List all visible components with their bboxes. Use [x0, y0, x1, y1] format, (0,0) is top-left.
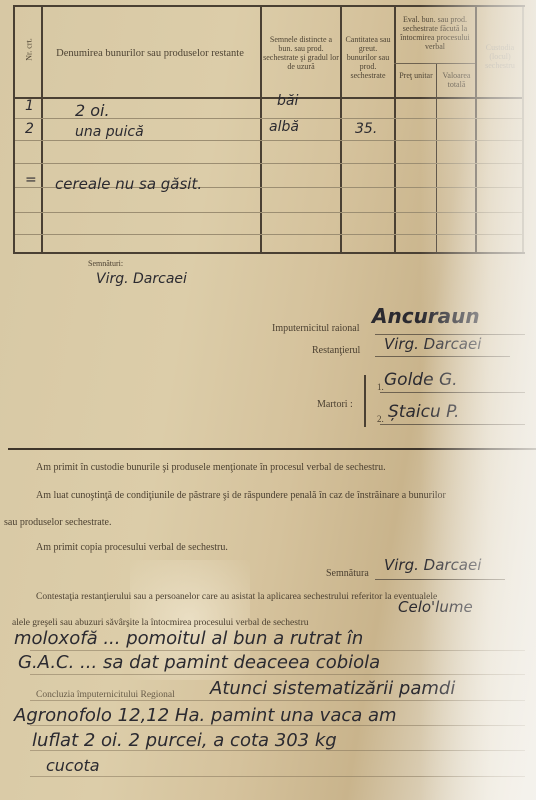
signatures-label: Semnături: [88, 259, 123, 268]
restantier-signature: Virg. Darcaei [96, 271, 187, 287]
imputernicit-signature: Ancuraun [372, 304, 480, 328]
contestatie-handwriting-1: moloxofă ... pomoitul al bun a rutrat în [14, 628, 363, 649]
row1-denumire: 2 oi. [75, 101, 110, 120]
subheader-divider [394, 63, 475, 64]
imputernicit-label: Imputernicitul raional [272, 323, 359, 334]
header-pret-unitar: Preţ unitar [396, 71, 436, 80]
signature-line [380, 392, 525, 393]
ruled-line [30, 650, 525, 651]
row1-semne: băi [277, 93, 298, 109]
contestatie-line-2: alele greşeli sau abuzuri săvârşite la î… [12, 618, 309, 628]
martori-bracket [364, 375, 366, 427]
semnatura-label: Semnătura [326, 568, 369, 579]
row-rule [15, 163, 522, 164]
col-divider [436, 63, 437, 252]
row-rule [15, 212, 522, 213]
custody-line-3: Am primit copia procesului verbal de sec… [36, 542, 228, 553]
regional-handwriting-1: Atunci sistematizării pamdi [210, 678, 455, 699]
semnatura-value: Virg. Darcaei [384, 556, 481, 574]
martori-label: Martori : [317, 399, 353, 410]
martor2-number: 2. [377, 414, 384, 424]
sequestration-table: Nr. crt. Denumirea bunurilor sau produse… [13, 5, 525, 254]
contestatie-handwriting-end: Celo'lume [398, 598, 473, 616]
row3-denumire: cereale nu sa găsit. [55, 175, 202, 193]
contestatie-handwriting-2: G.A.C. ... sa dat pamint deaceea cobiola [18, 652, 380, 673]
signature-line [375, 356, 510, 357]
col-divider [475, 7, 477, 252]
custody-line-1: Am primit în custodie bunurile şi produs… [36, 462, 386, 473]
restantier-value: Virg. Darcaei [384, 335, 481, 353]
row3-nr: = [25, 172, 37, 188]
martor1-signature: Golde G. [384, 370, 458, 390]
header-nr-crt: Nr. crt. [25, 22, 34, 78]
col-divider [41, 7, 43, 252]
martor1-number: 1. [377, 382, 384, 392]
signature-line [380, 424, 525, 425]
regional-handwriting-3: luflat 2 oi. 2 purcei, a cota 303 kg [32, 730, 337, 751]
row-rule [15, 140, 522, 141]
row2-cantitatea: 35. [355, 121, 377, 137]
contestatie-line-1: Contestaţia restanţierului sau a persoan… [36, 592, 437, 602]
row2-semne: albă [269, 119, 299, 135]
signature-line [375, 579, 505, 580]
ruled-line [30, 776, 525, 777]
header-valoare-totala: Valoarea totală [438, 71, 475, 89]
ruled-line [30, 700, 525, 701]
custody-line-2: Am luat cunoştinţă de condiţiunile de pă… [36, 490, 446, 501]
regional-handwriting-4: cucota [46, 756, 100, 775]
header-cantitatea: Cantitatea sau greut. bunurilor sau prod… [343, 35, 393, 80]
row2-nr: 2 [25, 121, 34, 137]
custody-line-2b: sau produselor sechestrate. [4, 517, 111, 528]
row1-nr: 1 [25, 98, 34, 114]
header-semne: Semnele distincte a bun. sau prod. seche… [263, 35, 339, 71]
section-divider [8, 448, 536, 450]
header-bottom-border [15, 97, 522, 99]
header-evaluare: Eval. bun. sau prod. sechestrate făcută … [396, 15, 474, 51]
row2-denumire: una puică [75, 124, 144, 140]
row-rule [15, 234, 522, 235]
regional-label: Concluzia împuternicitului Regional [36, 690, 175, 700]
ruled-line [30, 674, 525, 675]
col-divider [522, 7, 524, 252]
col-divider [340, 7, 342, 252]
restantier-label: Restanţierul [312, 345, 360, 356]
header-custodia: Custodia (locul) sechestru [478, 43, 522, 70]
regional-handwriting-2: Agronofolo 12,12 Ha. pamint una vaca am [14, 705, 397, 726]
martor2-signature: Ștaicu P. [388, 402, 459, 422]
header-denumire: Denumirea bunurilor sau produselor resta… [55, 47, 245, 60]
col-divider [260, 7, 262, 252]
